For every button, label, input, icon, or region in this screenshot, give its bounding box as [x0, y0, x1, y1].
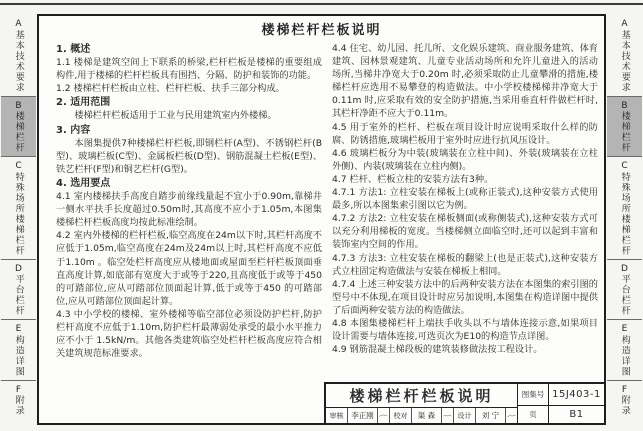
tab-label: 楼梯栏杆 — [619, 111, 630, 153]
left-text-column: 1. 概述 1.1 楼梯是建筑空间上下联系的桥梁,栏杆栏板是楼梯的重要组成构件,… — [56, 42, 322, 360]
tab-label: 构造详图 — [619, 335, 630, 377]
paragraph: 4.7.2 方法2: 立柱安装在梯板侧面(或称侧装式),这种安装方式可以充分利用… — [332, 212, 598, 251]
title-block-credits: 审核 李正刚 校对 渠 森 设计 刘 宁 — [326, 408, 517, 423]
tab-letter: B — [621, 101, 627, 112]
tab-f-appendix: F 附录 — [607, 381, 642, 420]
section-heading: 1. 概述 — [56, 43, 322, 56]
tab-c-special-place-railing: C 特殊场所楼梯栏杆 — [1, 157, 36, 260]
top-rule-divider — [0, 3, 643, 5]
paragraph: 4.7.1 方法1: 立柱安装在梯板上(或称正装式),这种安装方式使用最多,所以… — [332, 186, 598, 212]
paragraph: 4.2 室内外楼梯的栏杆栏板,临空高度在24m以下时,其栏杆高度不应低于1.05… — [56, 229, 322, 308]
sheet-frame: 楼梯栏杆栏板说明 1. 概述 1.1 楼梯是建筑空间上下联系的桥梁,栏杆栏板是楼… — [37, 14, 606, 425]
title-block: 楼梯栏杆栏板说明 审核 李正刚 校对 渠 森 设计 刘 宁 — [324, 382, 606, 425]
tab-f-appendix: F 附录 — [1, 381, 36, 420]
paragraph: 4.3 中小学校的楼梯、室外楼梯等临空部位必须设防护栏杆,防护栏杆高度不应低于1… — [56, 308, 322, 360]
text-columns: 1. 概述 1.1 楼梯是建筑空间上下联系的桥梁,栏杆栏板是楼梯的重要组成构件,… — [39, 41, 604, 360]
title-block-left: 楼梯栏杆栏板说明 审核 李正刚 校对 渠 森 设计 刘 宁 — [326, 384, 518, 423]
tab-label: 楼梯栏杆 — [13, 111, 24, 153]
paragraph: 楼梯栏杆栏板适用于工业与民用建筑室内外楼梯。 — [56, 109, 322, 122]
tab-letter: A — [15, 19, 21, 30]
paragraph: 4.1 室内楼梯扶手高度自踏步前缘线量起不宜小于0.90m,靠梯井一侧水平扶手长… — [56, 190, 322, 229]
tab-letter: A — [621, 19, 627, 30]
signature-scribble-icon — [378, 408, 390, 423]
tab-letter: F — [16, 385, 21, 396]
tab-letter: B — [15, 101, 21, 112]
page-number-value: B1 — [549, 406, 604, 423]
tab-c-special-place-railing: C 特殊场所楼梯栏杆 — [607, 157, 642, 260]
design-name: 刘 宁 — [476, 408, 506, 423]
right-tab-strip: A 基本技术要求 B 楼梯栏杆 C 特殊场所楼梯栏杆 D 平台栏杆 E 构造详图… — [607, 15, 642, 424]
tab-label: 附录 — [619, 395, 630, 416]
page-title: 楼梯栏杆栏板说明 — [39, 16, 604, 41]
paragraph: 4.7.3 方法3: 立柱安装在梯板的翻梁上(也是正装式),这种安装方式立柱固定… — [332, 252, 598, 278]
title-block-right: 图集号 15J403-1 页 B1 — [518, 384, 604, 423]
paragraph: 本图集提供7种楼梯栏杆栏板,即钢栏杆(A型)、不锈钢栏杆(B型)、玻璃栏板(C型… — [56, 137, 322, 176]
title-block-title: 楼梯栏杆栏板说明 — [326, 384, 517, 408]
signature-scribble-icon — [442, 408, 454, 423]
tab-a-basic-requirements: A 基本技术要求 — [1, 15, 36, 97]
tab-a-basic-requirements: A 基本技术要求 — [607, 15, 642, 97]
atlas-number-row: 图集号 15J403-1 — [518, 384, 604, 406]
tab-label: 附录 — [13, 395, 24, 416]
tab-letter: F — [622, 385, 627, 396]
proof-name: 渠 森 — [412, 408, 442, 423]
paragraph: 4.6 玻璃栏板分为中装(玻璃装在立柱中间)、外装(玻璃装在立柱外侧)、内装(玻… — [332, 147, 598, 173]
tab-e-construction-details: E 构造详图 — [1, 320, 36, 381]
tab-letter: E — [622, 324, 628, 335]
atlas-number-value: 15J403-1 — [549, 384, 604, 405]
paragraph: 4.5 用于室外的栏杆、栏板在项目设计时应说明采取什么样的防腐、防锈措施,玻璃栏… — [332, 121, 598, 147]
paragraph: 1.1 楼梯是建筑空间上下联系的桥梁,栏杆栏板是楼梯的重要组成构件,用于楼梯的栏… — [56, 56, 322, 82]
review-name: 李正刚 — [348, 408, 378, 423]
paragraph: 4.9 钢筋混凝土梯段板的建筑装修做法按工程设计。 — [332, 343, 598, 356]
section-heading: 3. 内容 — [56, 124, 322, 137]
tab-label: 构造详图 — [13, 335, 24, 377]
section-heading: 2. 适用范围 — [56, 96, 322, 109]
page-number-label: 页 — [518, 406, 549, 423]
tab-label: 平台栏杆 — [13, 274, 24, 316]
proof-label: 校对 — [390, 408, 412, 423]
signature-scribble-icon — [506, 408, 517, 423]
design-label: 设计 — [454, 408, 476, 423]
tab-label: 平台栏杆 — [619, 274, 630, 316]
tab-e-construction-details: E 构造详图 — [607, 320, 642, 381]
tab-label: 基本技术要求 — [619, 30, 630, 93]
tab-b-stair-railing: B 楼梯栏杆 — [607, 97, 642, 158]
tab-letter: C — [621, 161, 627, 172]
paragraph: 4.7 栏杆、栏板立柱的安装方法有3种。 — [332, 173, 598, 186]
atlas-number-label: 图集号 — [518, 384, 549, 405]
paragraph: 4.4 住宅、幼儿园、托儿所、文化娱乐建筑、商业服务建筑、体育建筑、园林景观建筑… — [332, 42, 598, 121]
tab-d-platform-railing: D 平台栏杆 — [607, 260, 642, 321]
tab-letter: D — [15, 264, 22, 275]
section-heading: 4. 选用要点 — [56, 177, 322, 190]
tab-d-platform-railing: D 平台栏杆 — [1, 260, 36, 321]
tab-letter: E — [16, 324, 22, 335]
paragraph: 4.8 本图集楼梯栏杆上端扶手收头以不与墙体连接示意,如果项目设计需要与墙体连接… — [332, 317, 598, 343]
tab-b-stair-railing: B 楼梯栏杆 — [1, 97, 36, 158]
review-label: 审核 — [326, 408, 348, 423]
left-tab-strip: A 基本技术要求 B 楼梯栏杆 C 特殊场所楼梯栏杆 D 平台栏杆 E 构造详图… — [1, 15, 36, 424]
paragraph: 4.7.4 上述三种安装方法中的后两种安装方法在本图集的索引图的型号中不体现,在… — [332, 278, 598, 317]
atlas-scan-page: A 基本技术要求 B 楼梯栏杆 C 特殊场所楼梯栏杆 D 平台栏杆 E 构造详图… — [0, 0, 643, 431]
tab-label: 基本技术要求 — [13, 30, 24, 93]
paragraph: 1.2 楼梯栏杆栏板由立柱、栏杆栏板、扶手三部分构成。 — [56, 82, 322, 95]
right-text-column: 4.4 住宅、幼儿园、托儿所、文化娱乐建筑、商业服务建筑、体育建筑、园林景观建筑… — [332, 42, 598, 360]
tab-label: 特殊场所楼梯栏杆 — [13, 172, 24, 256]
page-number-row: 页 B1 — [518, 406, 604, 423]
tab-letter: C — [15, 161, 21, 172]
tab-letter: D — [621, 264, 628, 275]
tab-label: 特殊场所楼梯栏杆 — [619, 172, 630, 256]
